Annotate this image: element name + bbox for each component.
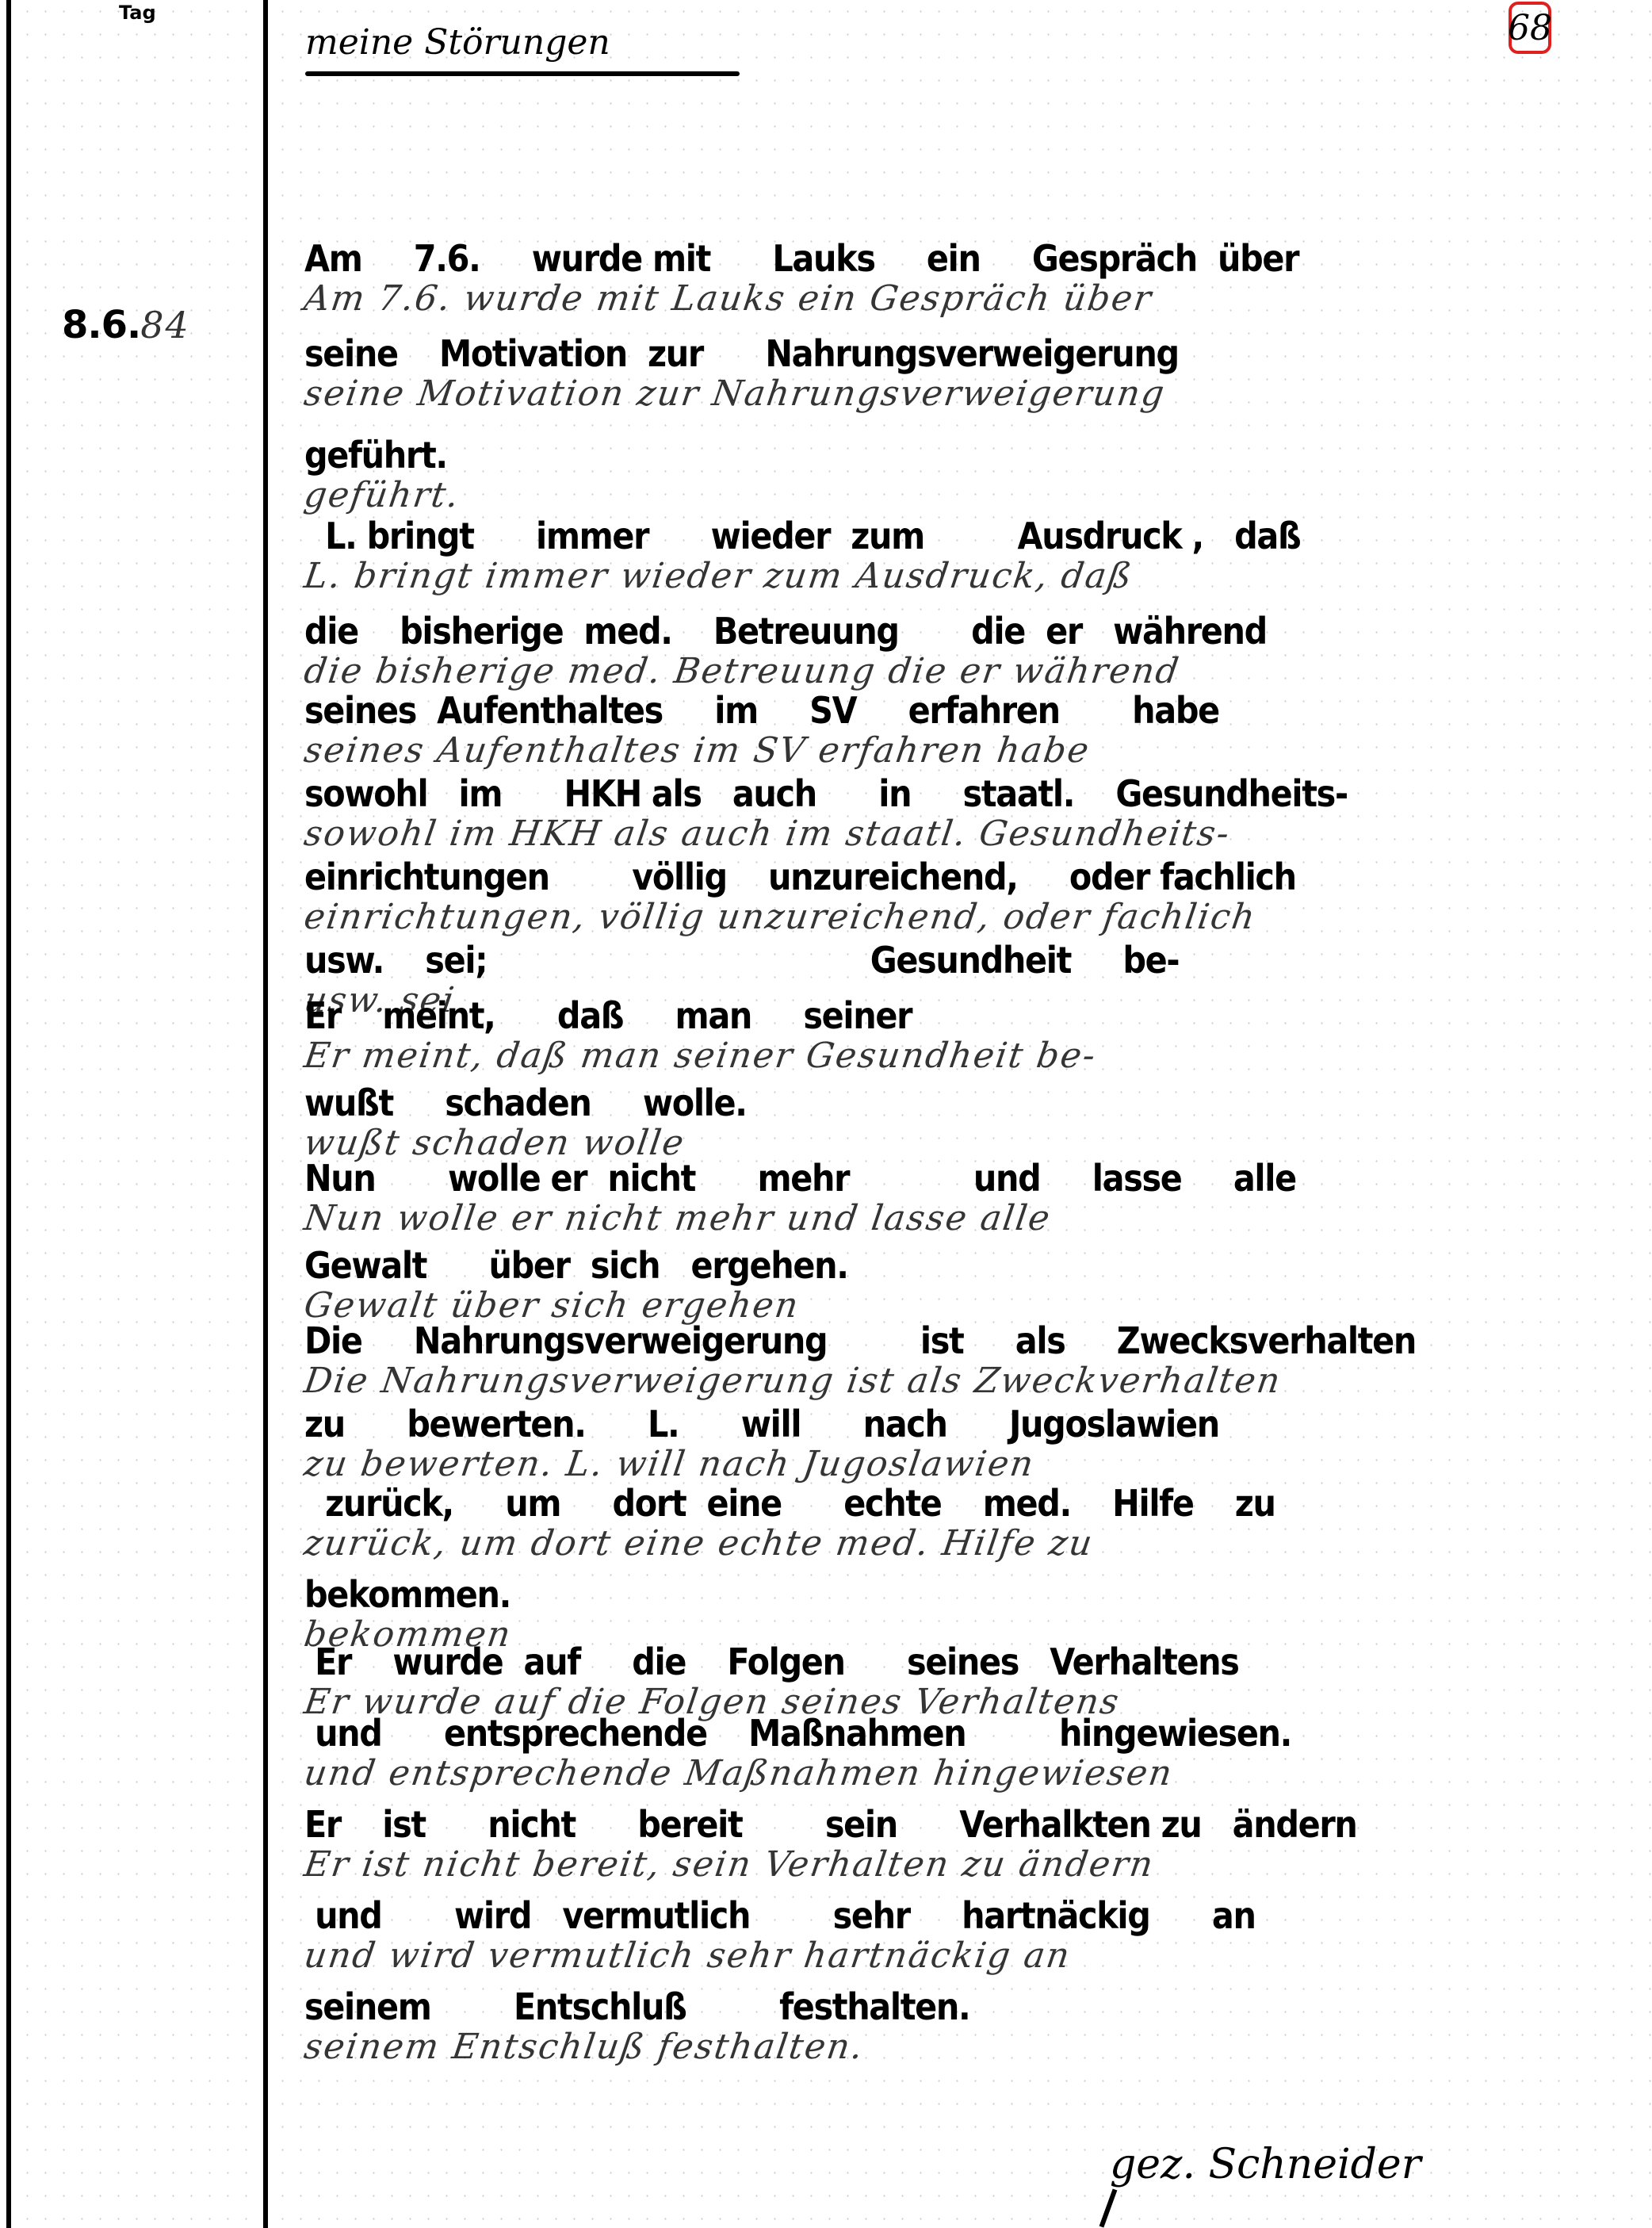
handwritten-original: seines Aufenthaltes im SV erfahren habe [301, 731, 1646, 771]
text-line: Die Nahrungsverweigerung ist als Zwecksv… [304, 1320, 1644, 1401]
text-line: seine Motivation zur Nahrungsverweigerun… [304, 333, 1644, 414]
text-line: zu bewerten. L. will nach Jugoslawien zu… [304, 1403, 1644, 1484]
text-line: wußt schaden wolle. wußt schaden wolle [304, 1082, 1644, 1163]
typed-transcription: Nun wolle er nicht mehr und lasse alle [304, 1158, 1510, 1199]
text-line: Nun wolle er nicht mehr und lasse alle N… [304, 1158, 1644, 1238]
typed-transcription: sowohl im HKH als auch in staatl. Gesund… [304, 773, 1510, 814]
typed-transcription: Er meint, daß man seiner [304, 995, 1510, 1036]
handwritten-original: seinem Entschluß festhalten. [301, 2027, 1646, 2067]
entry-date: 8.6.84 [62, 303, 190, 347]
handwritten-title: meine Störungen [305, 22, 610, 63]
text-line: L. bringt immer wieder zum Ausdruck , da… [304, 515, 1644, 596]
typed-transcription: einrichtungen völlig unzureichend, oder … [304, 856, 1510, 898]
typed-transcription: Die Nahrungsverweigerung ist als Zwecksv… [304, 1320, 1510, 1361]
handwritten-original: geführt. [301, 476, 1646, 515]
left-margin-rule [6, 0, 11, 2228]
handwritten-original: zurück, um dort eine echte med. Hilfe zu [301, 1524, 1646, 1564]
text-line: geführt. geführt. [304, 434, 1644, 515]
typed-transcription: die bisherige med. Betreuung die er währ… [304, 611, 1510, 652]
entry-date-year-handwritten: 84 [140, 304, 190, 346]
typed-transcription: Am 7.6. wurde mit Lauks ein Gespräch übe… [304, 238, 1510, 279]
text-line: Am 7.6. wurde mit Lauks ein Gespräch übe… [304, 238, 1644, 319]
text-line: seinem Entschluß festhalten. seinem Ents… [304, 1986, 1644, 2067]
typed-transcription: usw. sei; Gesundheit be- [304, 940, 1510, 981]
signature: gez. Schneider [1110, 2141, 1421, 2188]
typed-transcription: geführt. [304, 434, 1510, 476]
typed-transcription: Er wurde auf die Folgen seines Verhalten… [304, 1641, 1510, 1682]
handwritten-original: L. bringt immer wieder zum Ausdruck, daß [301, 557, 1646, 596]
typed-transcription: seinem Entschluß festhalten. [304, 1986, 1510, 2027]
text-line: seines Aufenthaltes im SV erfahren habe … [304, 690, 1644, 771]
text-line: die bisherige med. Betreuung die er währ… [304, 611, 1644, 691]
text-line: Er ist nicht bereit sein Verhalkten zu ä… [304, 1804, 1644, 1885]
typed-transcription: und wird vermutlich sehr hartnäckig an [304, 1895, 1510, 1936]
handwritten-original: und entsprechende Maßnahmen hingewiesen [301, 1754, 1646, 1794]
handwritten-original: einrichtungen, völlig unzureichend, oder… [301, 898, 1646, 937]
page-number-badge: 68 [1509, 2, 1551, 54]
text-line: und entsprechende Maßnahmen hingewiesen.… [304, 1713, 1644, 1794]
date-column-header: Tag [119, 2, 156, 24]
handwritten-original: Er meint, daß man seiner Gesundheit be- [301, 1036, 1646, 1076]
typed-transcription: bekommen. [304, 1574, 1510, 1615]
title-underline [305, 71, 740, 76]
handwritten-original: Nun wolle er nicht mehr und lasse alle [301, 1199, 1646, 1238]
text-line: Er meint, daß man seiner Er meint, daß m… [304, 995, 1644, 1076]
handwritten-original: die bisherige med. Betreuung die er währ… [301, 652, 1646, 691]
typed-transcription: seine Motivation zur Nahrungsverweigerun… [304, 333, 1510, 374]
handwritten-original: Die Nahrungsverweigerung ist als Zweckve… [301, 1361, 1646, 1401]
handwritten-original: zu bewerten. L. will nach Jugoslawien [301, 1445, 1646, 1484]
typed-transcription: L. bringt immer wieder zum Ausdruck , da… [304, 515, 1510, 557]
date-column-rule [263, 0, 268, 2228]
entry-date-typed: 8.6. [62, 303, 140, 347]
page-number: 68 [1508, 8, 1552, 48]
typed-transcription: wußt schaden wolle. [304, 1082, 1510, 1124]
handwritten-original: seine Motivation zur Nahrungsverweigerun… [301, 374, 1646, 414]
typed-transcription: seines Aufenthaltes im SV erfahren habe [304, 690, 1510, 731]
text-line: sowohl im HKH als auch in staatl. Gesund… [304, 773, 1644, 854]
typed-transcription: Gewalt über sich ergehen. [304, 1245, 1510, 1286]
typed-transcription: Er ist nicht bereit sein Verhalkten zu ä… [304, 1804, 1510, 1845]
text-line: zurück, um dort eine echte med. Hilfe zu… [304, 1483, 1644, 1564]
text-line: Er wurde auf die Folgen seines Verhalten… [304, 1641, 1644, 1722]
text-line: Gewalt über sich ergehen. Gewalt über si… [304, 1245, 1644, 1326]
handwritten-original: sowohl im HKH als auch im staatl. Gesund… [301, 814, 1646, 854]
typed-transcription: zurück, um dort eine echte med. Hilfe zu [304, 1483, 1510, 1524]
typed-transcription: zu bewerten. L. will nach Jugoslawien [304, 1403, 1510, 1445]
handwritten-original: Am 7.6. wurde mit Lauks ein Gespräch übe… [301, 279, 1646, 319]
text-line: und wird vermutlich sehr hartnäckig an u… [304, 1895, 1644, 1976]
typed-transcription: und entsprechende Maßnahmen hingewiesen. [304, 1713, 1510, 1754]
handwritten-original: und wird vermutlich sehr hartnäckig an [301, 1936, 1646, 1976]
text-line: einrichtungen völlig unzureichend, oder … [304, 856, 1644, 937]
handwritten-original: Er ist nicht bereit, sein Verhalten zu ä… [301, 1845, 1646, 1885]
